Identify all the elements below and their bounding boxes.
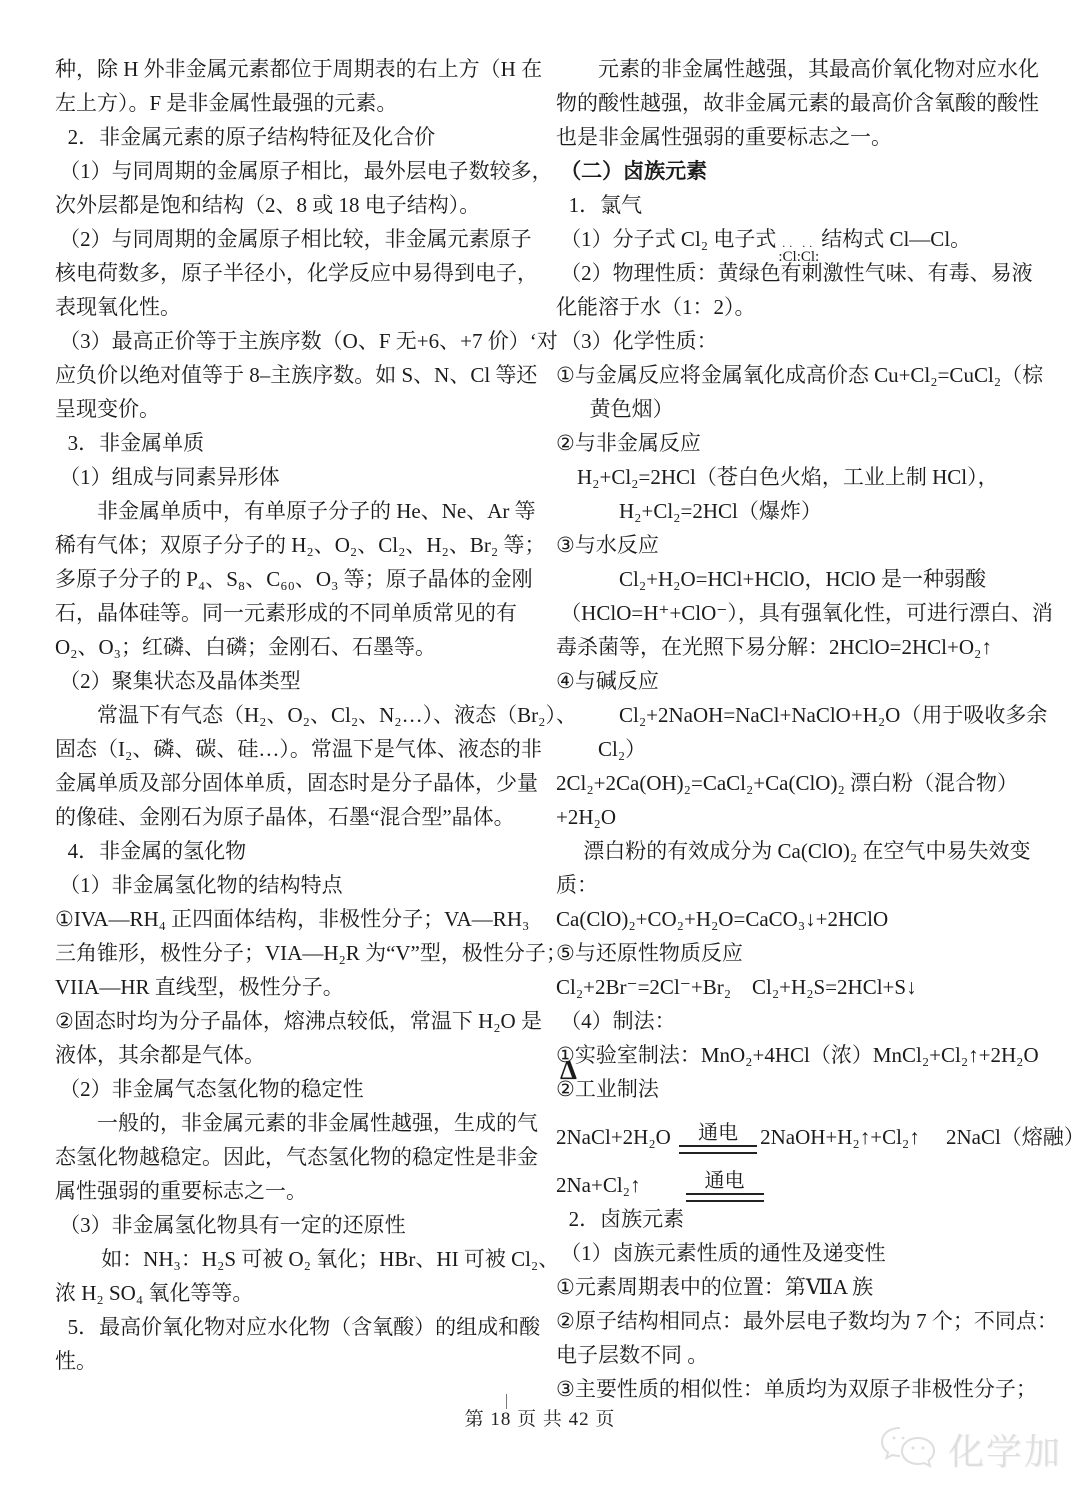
text-line: 浓 H₂ SO₄ 氧化等等。: [55, 1276, 537, 1310]
electrolysis-condition: 通电: [686, 1169, 764, 1202]
text-line: 质：: [556, 868, 1056, 902]
text-line: ②固态时均为分子晶体，熔沸点较低，常温下 H₂O 是: [55, 1004, 537, 1038]
text-line: VIIA—HR 直线型，极性分子。: [55, 970, 537, 1004]
text-line: ②与非金属反应: [556, 426, 1056, 460]
text-line: （4）制法：: [556, 1004, 1056, 1038]
text-line: （HClO=H⁺+ClO⁻），具有强氧化性，可进行漂白、消: [556, 596, 1056, 630]
text-line: 稀有气体；双原子分子的 H₂、O₂、Cl₂、H₂、Br₂ 等；: [55, 528, 537, 562]
text-line: 毒杀菌等，在光照下易分解：2HClO=2HCl+O₂↑: [556, 630, 1056, 664]
text-line: （1）卤族元素性质的通性及递变性: [556, 1236, 1056, 1270]
text-line: 性。: [55, 1344, 537, 1378]
text-line: 5．最高价氧化物对应水化物（含氧酸）的组成和酸: [55, 1310, 537, 1344]
text-line: （3）非金属氢化物具有一定的还原性: [55, 1208, 537, 1242]
text-line: Ca(ClO)₂+CO₂+H₂O=CaCO₃↓+2HClO: [556, 902, 1056, 936]
text-line: 金属单质及部分固体单质，固态时是分子晶体，少量: [55, 766, 537, 800]
text-line: ⑤与还原性物质反应: [556, 936, 1056, 970]
text-line: （1）非金属氢化物的结构特点: [55, 868, 537, 902]
text-line: 固态（I₂、磷、碳、硅…）。常温下是气体、液态的非: [55, 732, 537, 766]
text-line: 化能溶于水（1：2）。: [556, 290, 1056, 324]
text-line: Cl₂+H₂O=HCl+HClO，HClO 是一种弱酸: [556, 562, 1056, 596]
text-line: 核电荷数多，原子半径小，化学反应中易得到电子，: [55, 256, 537, 290]
watermark-label: 化学加: [948, 1424, 1062, 1475]
text-line: 液体，其余都是气体。: [55, 1038, 537, 1072]
text-line: +2H₂O: [556, 800, 1056, 834]
text-line: 应负价以绝对值等于 8–主族序数。如 S、N、Cl 等还: [55, 358, 537, 392]
text-line: 呈现变价。: [55, 392, 537, 426]
text-line: Cl₂+2Br⁻=2Cl⁻+Br₂ Cl₂+H₂S=2HCl+S↓: [556, 970, 1056, 1004]
text-line: 2．卤族元素: [556, 1202, 1056, 1236]
text-line: 1．氯气: [556, 188, 1056, 222]
text-line: 种，除 H 外非金属元素都位于周期表的右上方（H 在: [55, 52, 537, 86]
text-line: 的像硅、金刚石为原子晶体，石墨“混合型”晶体。: [55, 800, 537, 834]
text-line: 物的酸性越强，故非金属元素的最高价含氧酸的酸性: [556, 86, 1056, 120]
delta-heat-symbol: Δ: [560, 1057, 577, 1084]
text-line: 一般的，非金属元素的非金属性越强，生成的气: [55, 1106, 537, 1140]
text-line: H₂+Cl₂=2HCl（苍白色火焰，工业上制 HCl），: [556, 460, 1056, 494]
text-line: ③主要性质的相似性：单质均为双原子非极性分子；: [556, 1372, 1056, 1406]
text-line: 表现氧化性。: [55, 290, 537, 324]
text-line: ①与金属反应将金属氧化成高价态 Cu+Cl₂=CuCl₂（棕: [556, 358, 1056, 392]
text-line: 2．非金属元素的原子结构特征及化合价: [55, 120, 537, 154]
text-line: （二）卤族元素: [556, 154, 1056, 188]
text-line: ①元素周期表中的位置：第ⅦA 族: [556, 1270, 1056, 1304]
text-line: （1）组成与同素异形体: [55, 460, 537, 494]
right-column: 元素的非金属性越强，其最高价氧化物对应水化物的酸性越强，故非金属元素的最高价含氧…: [556, 52, 1056, 1406]
chat-bubbles-icon: [878, 1424, 940, 1475]
text-line: （1）与同周期的金属原子相比，最外层电子数较多，: [55, 154, 537, 188]
text-line: ①实验室制法：MnO₂+4HCl（浓）MnCl₂+Cl₂↑+2H₂O: [556, 1038, 1056, 1072]
text-line: （1）分子式 Cl₂ 电子式·· ··:Cl:Cl:·· ··结构式 Cl—Cl…: [556, 222, 1056, 256]
text-line: 3．非金属单质: [55, 426, 537, 460]
text-line: （2）聚集状态及晶体类型: [55, 664, 537, 698]
text-line: 态氢化物越稳定。因此，气态氢化物的稳定性是非金: [55, 1140, 537, 1174]
document-page: 种，除 H 外非金属元素都位于周期表的右上方（H 在左上方）。F 是非金属性最强…: [0, 0, 1080, 1498]
electrolysis-condition: 通电: [679, 1121, 757, 1154]
text-line: 2Na+Cl₂↑ 通电: [556, 1154, 1056, 1202]
text-line: Δ②工业制法: [556, 1072, 1056, 1106]
text-line: 常温下有气态（H₂、O₂、Cl₂、N₂…）、液态（Br₂）、: [55, 698, 537, 732]
left-column: 种，除 H 外非金属元素都位于周期表的右上方（H 在左上方）。F 是非金属性最强…: [55, 52, 537, 1378]
text-line: 次外层都是饱和结构（2、8 或 18 电子结构）。: [55, 188, 537, 222]
text-line: ①IVA—RH₄ 正四面体结构，非极性分子；VA—RH₃: [55, 902, 537, 936]
text-line: （2）物理性质：黄绿色有刺激性气味、有毒、易液: [556, 256, 1056, 290]
text-line: 三角锥形，极性分子；VIA—H₂R 为“V”型，极性分子；: [55, 936, 537, 970]
text-line: 黄色烟）: [556, 392, 1056, 426]
text-line: 2Cl₂+2Ca(OH)₂=CaCl₂+Ca(ClO)₂ 漂白粉（混合物）: [556, 766, 1056, 800]
text-line: 多原子分子的 P₄、S₈、C₆₀、O₃ 等；原子晶体的金刚: [55, 562, 537, 596]
text-line: 也是非金属性强弱的重要标志之一。: [556, 120, 1056, 154]
text-line: （2）与同周期的金属原子相比较，非金属元素原子: [55, 222, 537, 256]
text-line: ④与碱反应: [556, 664, 1056, 698]
text-line: （3）最高正价等于主族序数（O、F 无+6、+7 价）‘对: [55, 324, 537, 358]
text-line: Cl₂+2NaOH=NaCl+NaClO+H₂O（用于吸收多余: [556, 698, 1056, 732]
text-line: 4．非金属的氢化物: [55, 834, 537, 868]
text-line: ②原子结构相同点：最外层电子数均为 7 个；不同点：: [556, 1304, 1056, 1338]
text-line: 左上方）。F 是非金属性最强的元素。: [55, 86, 537, 120]
text-line: 属性强弱的重要标志之一。: [55, 1174, 537, 1208]
text-line: 石，晶体硅等。同一元素形成的不同单质常见的有: [55, 596, 537, 630]
text-line: 如：NH₃：H₂S 可被 O₂ 氧化；HBr、HI 可被 Cl₂、: [55, 1242, 537, 1276]
text-line: 漂白粉的有效成分为 Ca(ClO)₂ 在空气中易失效变: [556, 834, 1056, 868]
text-line: ③与水反应: [556, 528, 1056, 562]
text-line: O₂、O₃；红磷、白磷；金刚石、石墨等。: [55, 630, 537, 664]
text-line: （3）化学性质：: [556, 324, 1056, 358]
text-line: H₂+Cl₂=2HCl（爆炸）: [556, 494, 1056, 528]
text-line: 电子层数不同 。: [556, 1338, 1056, 1372]
text-line: （2）非金属气态氢化物的稳定性: [55, 1072, 537, 1106]
text-line: Cl₂）: [556, 732, 1056, 766]
text-line: 2NaCl+2H₂O 通电2NaOH+H₂↑+Cl₂↑ 2NaCl（熔融）: [556, 1106, 1056, 1154]
chemistry-plus-logo: 化学加: [878, 1424, 1062, 1475]
text-line: 元素的非金属性越强，其最高价氧化物对应水化: [556, 52, 1056, 86]
text-line: 非金属单质中，有单原子分子的 He、Ne、Ar 等: [55, 494, 537, 528]
